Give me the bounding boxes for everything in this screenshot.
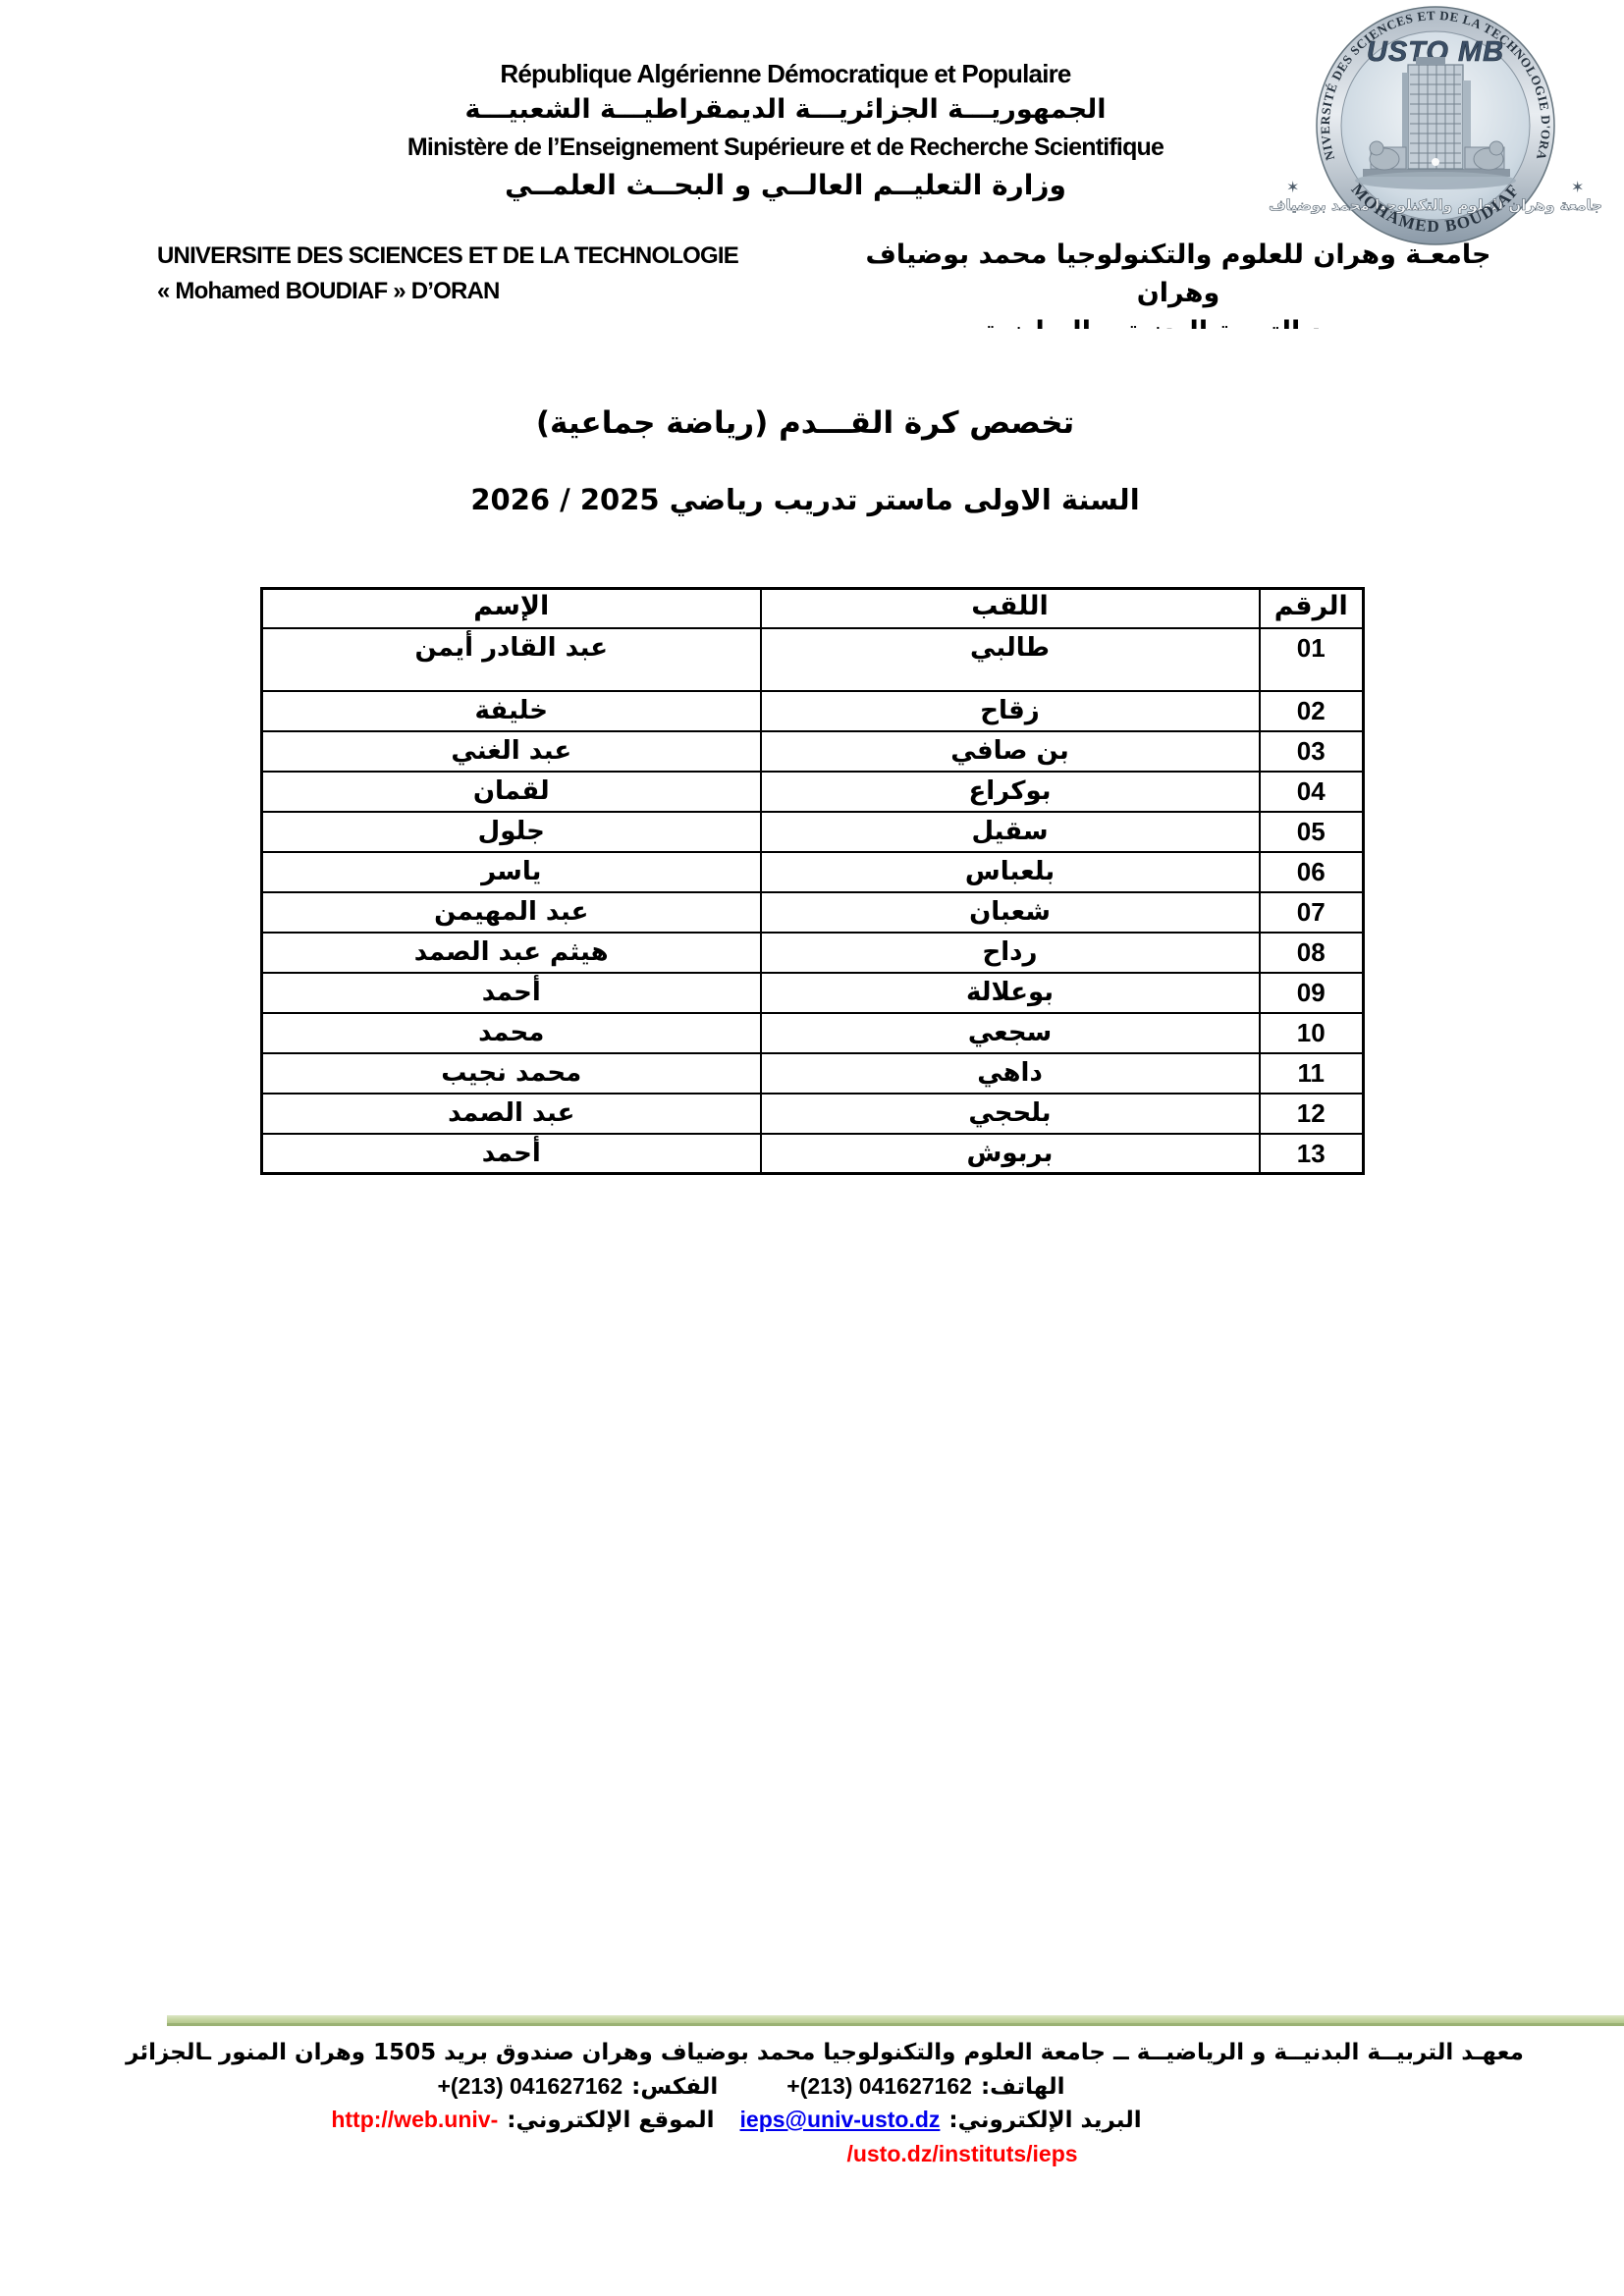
cell-firstname: أحمد [262,973,761,1013]
phone-pair: الهاتف: +(213) 041627162 [786,2073,1064,2100]
footer-phone-fax-line: الهاتف: +(213) 041627162 الفكس: +(213) 0… [0,2073,1502,2100]
footer-web-line: البريد الإلكتروني: ieps@univ-usto.dz الم… [0,2107,1473,2133]
institute-name-ar-clipped: معهد التربية البدنية و الرياضية [844,312,1512,329]
table-row: 01 طالبي عبد القادر أيمن [262,628,1364,691]
table-row: 10 سجعي محمد [262,1013,1364,1053]
cell-firstname: جلول [262,812,761,852]
cell-firstname: عبد القادر أيمن [262,628,761,691]
cell-num: 12 [1260,1094,1364,1134]
table-row: 07 شعبان عبد المهيمن [262,892,1364,933]
cell-num: 09 [1260,973,1364,1013]
seal-arabic-text: جامعة وهران للعلوم والتكنلوجيا محمد بوضي… [1269,196,1602,214]
seal-star-left-icon: ✶ [1286,178,1299,196]
cell-firstname: محمد نجيب [262,1053,761,1094]
cell-lastname: بن صافي [761,731,1260,772]
document-subtitle: السنة الاولى ماستر تدريب رياضي 2025 / 20… [0,483,1610,516]
seal-star-right-icon: ✶ [1571,178,1584,196]
university-name-fr: UNIVERSITE DES SCIENCES ET DE LA TECHNOL… [157,239,738,309]
cell-num: 04 [1260,772,1364,812]
usto-mb-seal-icon: UNIVERSITÉ DES SCIENCES ET DE LA TECHNOL… [1261,4,1610,249]
students-table: الرقم اللقب الإسم 01 طالبي عبد القادر أي… [260,587,1365,1175]
phone-number: +(213) 041627162 [786,2073,972,2100]
usto-mb-logo: UNIVERSITÉ DES SCIENCES ET DE LA TECHNOL… [1261,4,1610,253]
cell-firstname: خليفة [262,691,761,731]
cell-num: 11 [1260,1053,1364,1094]
cell-num: 03 [1260,731,1364,772]
cell-lastname: سقيل [761,812,1260,852]
university-name-fr-line1: UNIVERSITE DES SCIENCES ET DE LA TECHNOL… [157,239,738,274]
table-row: 06 بلعباس ياسر [262,852,1364,892]
header-lastname: اللقب [761,589,1260,628]
footer-divider-bar [167,2015,1624,2026]
cell-lastname: سجعي [761,1013,1260,1053]
table-row: 08 رداح هيثم عبد الصمد [262,933,1364,973]
cell-num: 06 [1260,852,1364,892]
footer-address: معهـد التربيــة البدنيــة و الرياضيــة ـ… [59,2040,1591,2065]
fax-label: الفكس: [631,2074,718,2100]
table-header-row: الرقم اللقب الإسم [262,589,1364,628]
cell-lastname: بوعلالة [761,973,1260,1013]
cell-firstname: عبد الصمد [262,1094,761,1134]
university-name-fr-line2: « Mohamed BOUDIAF » D’ORAN [157,274,738,309]
cell-firstname: أحمد [262,1134,761,1174]
cell-num: 05 [1260,812,1364,852]
university-name-ar-line2: وهران [844,274,1512,312]
header-num: الرقم [1260,589,1364,628]
table-row: 12 بلحجي عبد الصمد [262,1094,1364,1134]
cell-firstname: عبد الغني [262,731,761,772]
cell-firstname: هيثم عبد الصمد [262,933,761,973]
table-row: 09 بوعلالة أحمد [262,973,1364,1013]
cell-num: 01 [1260,628,1364,691]
website-url-part1[interactable]: http://web.univ- [331,2107,498,2133]
fax-number: +(213) 041627162 [437,2073,623,2100]
phone-label: الهاتف: [981,2074,1065,2100]
cell-lastname: طالبي [761,628,1260,691]
email-pair: البريد الإلكتروني: ieps@univ-usto.dz [740,2107,1142,2133]
table-row: 05 سقيل جلول [262,812,1364,852]
cell-firstname: ياسر [262,852,761,892]
document-title: تخصص كرة القـــدم (رياضة جماعية) [0,405,1610,441]
table-row: 13 بربوش أحمد [262,1134,1364,1174]
cell-lastname: بوكراع [761,772,1260,812]
table-row: 02 زقاح خليفة [262,691,1364,731]
cell-lastname: بربوش [761,1134,1260,1174]
table-row: 04 بوكراع لقمان [262,772,1364,812]
cell-num: 07 [1260,892,1364,933]
website-pair: الموقع الإلكتروني: http://web.univ- [331,2107,714,2133]
fax-pair: الفكس: +(213) 041627162 [437,2073,718,2100]
website-url-part2[interactable]: /usto.dz/instituts/ieps [785,2141,1139,2167]
cell-firstname: محمد [262,1013,761,1053]
header-firstname: الإسم [262,589,761,628]
cell-firstname: لقمان [262,772,761,812]
cell-lastname: داهي [761,1053,1260,1094]
cell-lastname: زقاح [761,691,1260,731]
table-row: 11 داهي محمد نجيب [262,1053,1364,1094]
cell-lastname: بلعباس [761,852,1260,892]
email-link[interactable]: ieps@univ-usto.dz [740,2107,941,2133]
cell-num: 08 [1260,933,1364,973]
cell-lastname: بلحجي [761,1094,1260,1134]
cell-lastname: شعبان [761,892,1260,933]
email-label: البريد الإلكتروني: [948,2108,1141,2133]
cell-num: 02 [1260,691,1364,731]
cell-num: 10 [1260,1013,1364,1053]
table-row: 03 بن صافي عبد الغني [262,731,1364,772]
cell-firstname: عبد المهيمن [262,892,761,933]
document-page: République Algérienne Démocratique et Po… [0,0,1624,2296]
cell-num: 13 [1260,1134,1364,1174]
website-label: الموقع الإلكتروني: [507,2108,714,2133]
cell-lastname: رداح [761,933,1260,973]
